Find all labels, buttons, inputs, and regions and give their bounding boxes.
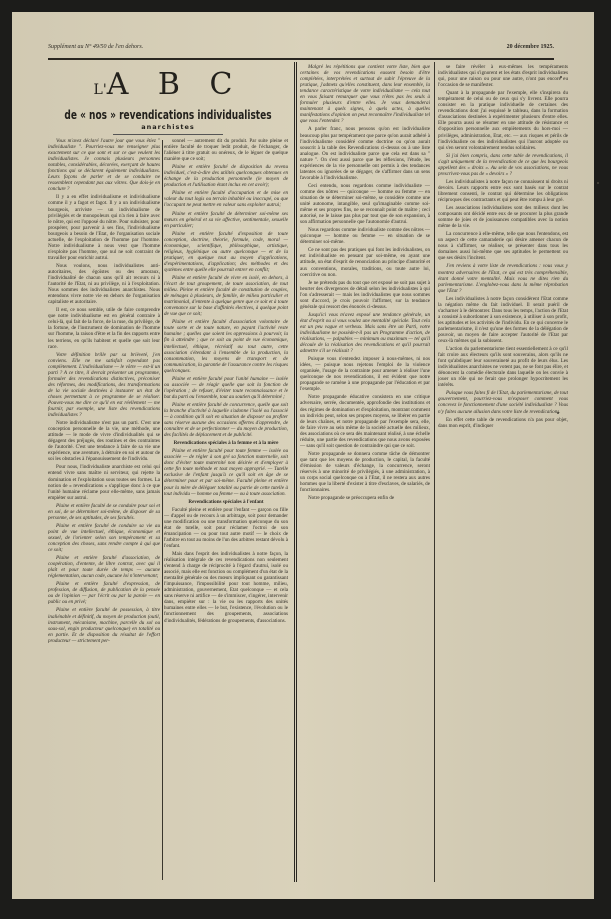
- paragraph: La concurrence à elle-même, telle que no…: [438, 231, 568, 261]
- paragraph: L'action du parlementarisme tient essent…: [438, 346, 568, 388]
- paragraph: Plaine et entière faculté pour l'unité h…: [164, 376, 288, 400]
- running-header: Supplément au N° 49/50 de l'en dehors. 2…: [48, 44, 554, 56]
- paragraph: Les individualistes à notre façon ne con…: [438, 179, 568, 203]
- paragraph: Vous m'avez déclaré l'autre jour que vou…: [48, 138, 160, 192]
- title-prefix: L': [94, 82, 107, 98]
- paragraph: Puisque vous n'entendez imposer à nous-m…: [300, 356, 430, 392]
- paragraph: Plaine et entière faculté de conduire sa…: [48, 523, 160, 553]
- header-rule: [48, 58, 554, 60]
- issue-date: 20 décembre 1925.: [507, 44, 554, 50]
- paragraph: Plaine et entière faculté de possession,…: [48, 607, 160, 643]
- paragraph: Les associations individualistes sont de…: [438, 205, 568, 229]
- paragraph: Plaine et entière faculté d'association …: [164, 319, 288, 373]
- paragraph: Notre propagande se donnera comme tâche …: [300, 451, 430, 493]
- paragraph: Nous regardons comme individualiste comm…: [300, 227, 430, 245]
- column-1: Vous m'avez déclaré l'autre jour que vou…: [48, 138, 160, 882]
- column-divider: [434, 62, 435, 882]
- supplement-label: Supplément au N° 49/50 de l'en dehors.: [48, 44, 143, 50]
- paragraph: Plaine et entière faculté de déterminer …: [164, 211, 288, 229]
- paragraph: Plaine et entière faculté de se conduire…: [48, 503, 160, 521]
- paragraph: Jusqu'ici vous m'avez exposé une tendanc…: [300, 312, 430, 354]
- paragraph: Plaine et entière faculté d'expression, …: [48, 581, 160, 605]
- paragraph: J'en reviens à votre liste de revendicat…: [438, 263, 568, 293]
- paragraph: Je ne prétends pas du tout que cet expos…: [300, 280, 430, 310]
- paragraph: Plaine et entière faculté d'exposition d…: [164, 231, 288, 273]
- paragraph: Plaine et entière faculté d'association,…: [48, 555, 160, 579]
- article-title-block: L'A B C de « nos » revendications indivi…: [48, 66, 288, 136]
- paragraph: Plaine et entière faculté pour toute fem…: [164, 448, 288, 496]
- column-2: sonnel — autrement dit du produit. Par s…: [164, 138, 288, 882]
- title-main: A B C: [107, 67, 243, 102]
- paper-speck: [560, 76, 562, 78]
- paragraph: A parler franc, nous pensons qu'on est i…: [300, 126, 430, 180]
- paragraph: Les individualistes à notre façon consid…: [438, 296, 568, 344]
- paper-speck: [597, 182, 599, 184]
- column-divider: [162, 140, 163, 880]
- paragraph: sonnel — autrement dit du produit. Par s…: [164, 138, 288, 162]
- section-heading: Revendications spéciales à l'enfant: [164, 499, 288, 505]
- paragraph: Votre définition brille par sa brièveté,…: [48, 352, 160, 419]
- paragraph: Notre propagande éducative consistera en…: [300, 394, 430, 448]
- paragraph: Plaine et entière faculté de concurrence…: [164, 402, 288, 438]
- newspaper-page: Supplément au N° 49/50 de l'en dehors. 2…: [12, 12, 594, 899]
- paragraph: Quant à la propagande par l'exemple, ell…: [438, 90, 568, 150]
- column-3: Malgré les répétitions que contient votr…: [300, 64, 430, 882]
- column-4: se faire révéler à eux-mêmes les tempéra…: [438, 64, 568, 882]
- paragraph: Pour nous, l'individualiste anarchiste e…: [48, 464, 160, 500]
- paragraph: Notre individualisme n'est pas un parti.…: [48, 420, 160, 462]
- paragraph: Faculté pleine et entière pour l'enfant …: [164, 507, 288, 549]
- article-subtitle: de « nos » revendications individualiste…: [53, 107, 283, 123]
- article-subtitle-2: anarchistes: [48, 123, 288, 132]
- paragraph: Nous voulons, nous individualistes anti-…: [48, 263, 160, 305]
- paragraph: Plaine et entière faculté d'occupation e…: [164, 190, 288, 208]
- title-rule: [113, 134, 223, 135]
- paragraph: Il est, ce nous semble, utile de faire c…: [48, 307, 160, 349]
- paragraph: Plaine et entière faculté de disposition…: [164, 164, 288, 188]
- section-heading: Revendications spéciales à la femme et à…: [164, 440, 288, 446]
- article-title: L'A B C: [48, 68, 288, 107]
- paragraph: Ceci entendu, nous regardons comme indiv…: [300, 183, 430, 225]
- paragraph: Si j'ai bien compris, dans cette table d…: [438, 153, 568, 177]
- paragraph: Notre propagande se préoccupera enfin de: [300, 495, 430, 501]
- paragraph: se faire révéler à eux-mêmes les tempéra…: [438, 64, 568, 88]
- paragraph: Malgré les répétitions que contient votr…: [300, 64, 430, 124]
- paper-speck: [557, 412, 559, 414]
- paragraph: Mais dans l'esprit des individualistes à…: [164, 551, 288, 624]
- paragraph: Il y a en effet individualisme et indivi…: [48, 194, 160, 261]
- column-divider: [294, 62, 295, 882]
- paragraph: Plaine et entière faculté de vivre en is…: [164, 275, 288, 317]
- paragraph: En effet cette table de revendications n…: [438, 417, 568, 429]
- paragraph: Ce ne sont pas des pratiques qui font le…: [300, 247, 430, 277]
- column-divider: [296, 62, 297, 882]
- paragraph: Puisque vous faites fi de l'Etat, du par…: [438, 390, 568, 414]
